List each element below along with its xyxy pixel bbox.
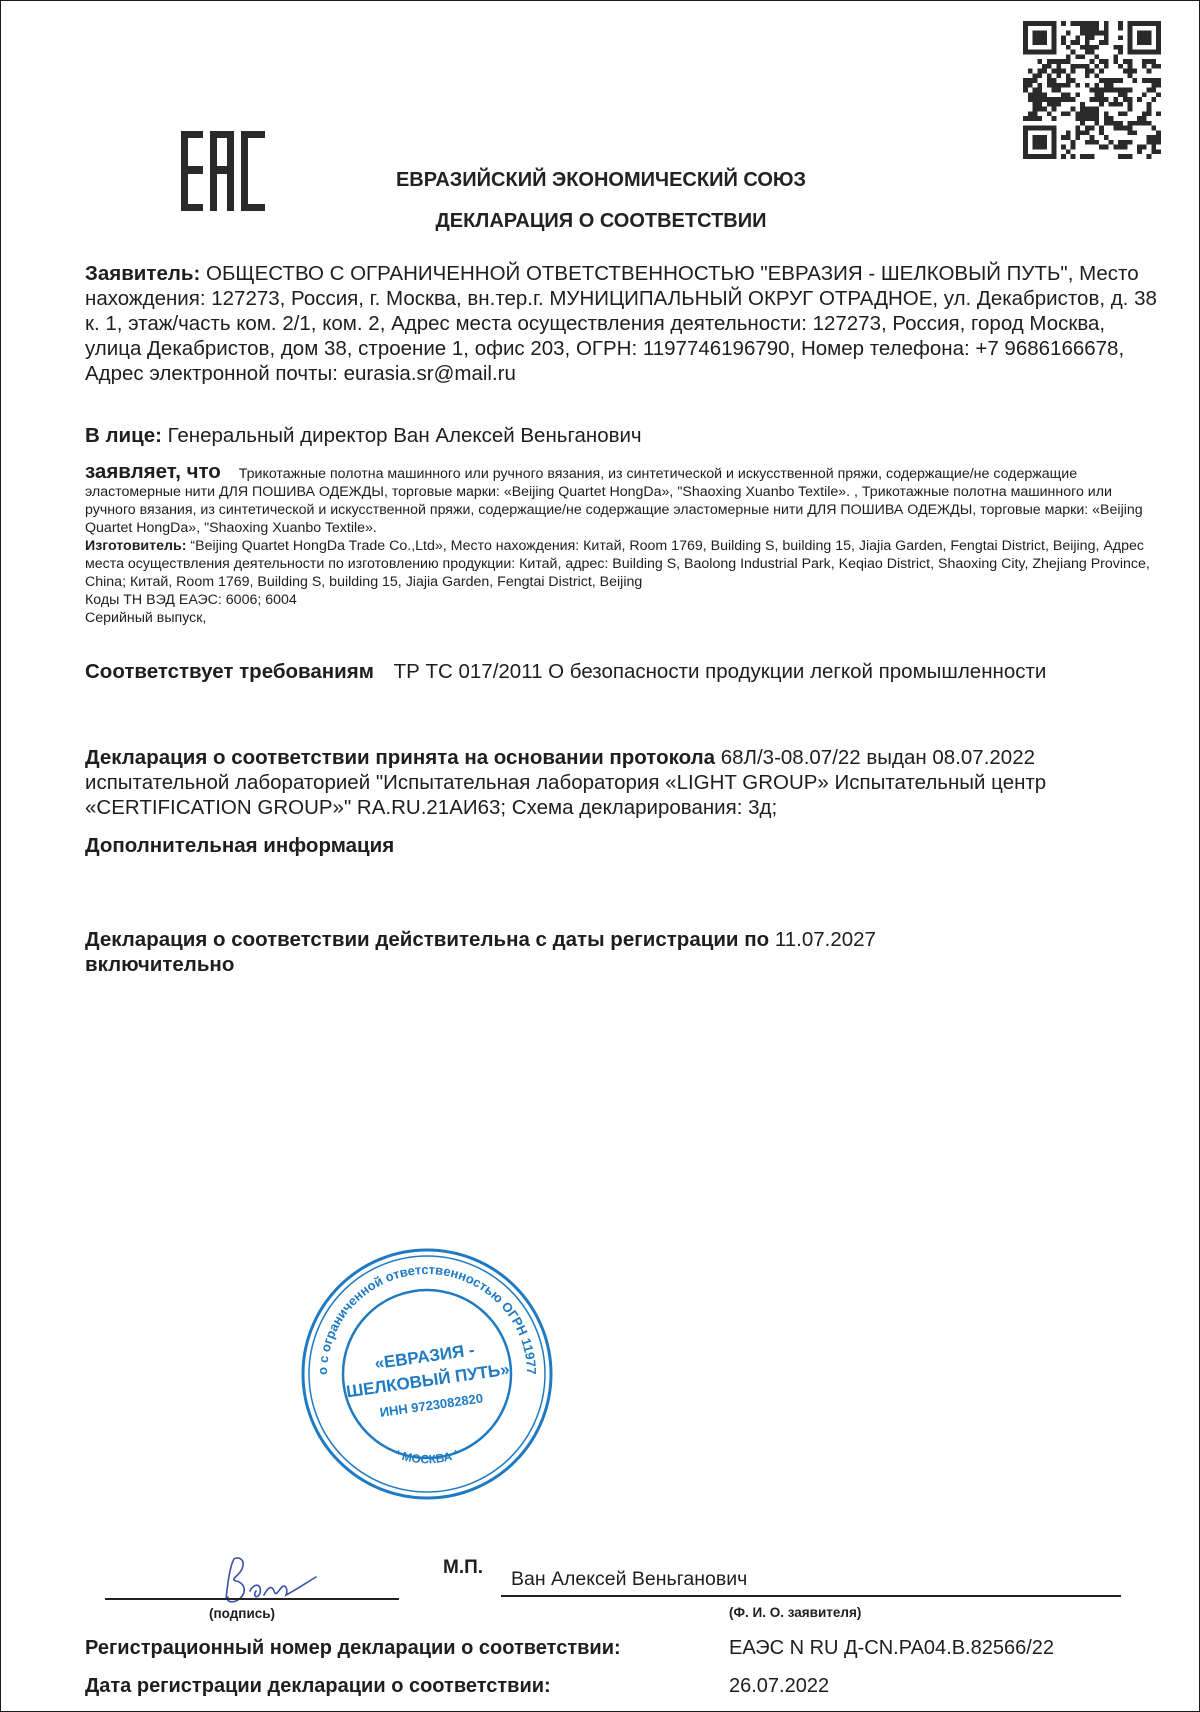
declaration-page: ЕВРАЗИЙСКИЙ ЭКОНОМИЧЕСКИЙ СОЮЗ ДЕКЛАРАЦИ… [0,0,1200,1712]
applicant-text: ОБЩЕСТВО С ОГРАНИЧЕННОЙ ОТВЕТСТВЕННОСТЬЮ… [85,262,1157,385]
stamp-bottom-text: * МОСКВА * [393,1447,462,1467]
document-title: ДЕКЛАРАЦИЯ О СООТВЕТСТВИИ [151,210,1051,233]
declares-text: Трикотажные полотна машинного или ручног… [85,466,1143,536]
handwritten-signature [216,1551,326,1611]
validity-date: 11.07.2027 [775,928,876,951]
registration-number: ЕАЭС N RU Д-CN.PA04.B.82566/22 [729,1637,1054,1660]
name-line [501,1595,1121,1597]
conforms-text: ТР ТС 017/2011 О безопасности продукции … [394,660,1047,683]
represented-text: Генеральный директор Ван Алексей Веньган… [168,424,642,447]
declares-label: заявляет, что [85,460,221,483]
additional-info-label: Дополнительная информация [85,833,1165,858]
represented-label: В лице: [85,424,162,447]
company-stamp: Общество с ограниченной ответственностью… [297,1244,557,1504]
name-caption: (Ф. И. О. заявителя) [729,1605,861,1620]
stamp-inn: ИНН 9723082820 [379,1391,484,1420]
validity-label: Декларация о соответствии действительна … [85,928,769,951]
stamp-name-line2: ШЕЛКОВЫЙ ПУТЬ» [345,1360,511,1402]
validity-suffix: включительно [85,953,234,976]
manufacturer-text: “Beijing Quartet HongDa Trade Co.,Ltd», … [85,538,1150,590]
declares-section: заявляет, что Трикотажные полотна машинн… [85,463,1165,627]
signature-caption: (подпись) [209,1606,275,1621]
stamp-place-mark: М.П. [443,1557,483,1579]
svg-text:* МОСКВА *: * МОСКВА * [393,1447,462,1467]
serial-text: Серийный выпуск, [85,610,206,626]
codes-text: Коды ТН ВЭД ЕАЭС: 6006; 6004 [85,592,297,608]
qr-code-icon[interactable] [1023,21,1161,159]
conforms-section: Соответствует требованиям ТР ТС 017/2011… [85,659,1165,684]
basis-section: Декларация о соответствии принята на осн… [85,745,1165,820]
basis-label: Декларация о соответствии принята на осн… [85,746,715,769]
conforms-label: Соответствует требованиям [85,660,374,683]
union-heading: ЕВРАЗИЙСКИЙ ЭКОНОМИЧЕСКИЙ СОЮЗ [151,169,1051,192]
manufacturer-label: Изготовитель: [85,538,186,554]
applicant-section: Заявитель: ОБЩЕСТВО С ОГРАНИЧЕННОЙ ОТВЕТ… [85,261,1165,386]
validity-section: Декларация о соответствии действительна … [85,927,1165,977]
registration-date: 26.07.2022 [729,1675,829,1698]
registration-number-label: Регистрационный номер декларации о соотв… [85,1637,621,1660]
applicant-name: Ван Алексей Веньганович [511,1568,747,1591]
represented-section: В лице: Генеральный директор Ван Алексей… [85,423,1165,448]
registration-date-label: Дата регистрации декларации о соответств… [85,1675,551,1698]
signature-line [105,1598,399,1600]
applicant-label: Заявитель: [85,262,200,285]
